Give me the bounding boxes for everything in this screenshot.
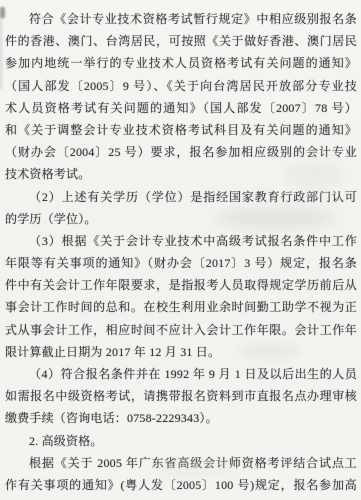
text-line: 缴费手续（咨询电话：0758-2229343）。 <box>5 407 357 429</box>
paragraph: （2）上述有关学历（学位）是指经国家教育行政部门认可 的学历（学位）。 <box>5 186 357 230</box>
text-line: （2）上述有关学历（学位）是指经国家教育行政部门认可 <box>5 186 357 208</box>
text-line: （4）符合报名条件并在 1992 年 9 月 1 日及以后出生的人员 <box>5 363 357 385</box>
text-line: 作有关事项的通知》(粤人发〔2005〕100 号)规定，报名参加高 <box>5 474 357 496</box>
text-line: 和《关于调整会计专业技术资格考试科目及有关问题的通知》 <box>5 119 357 141</box>
text-line: 限计算截止日期为 2017 年 12 月 31 日。 <box>5 341 357 363</box>
text-line: （国人部发〔2005〕9 号）、《关于向台湾居民开放部分专业技 <box>5 75 357 97</box>
scan-edge-streak <box>0 17 2 89</box>
text-line: 技术资格考试。 <box>5 163 357 185</box>
text-line: 如需报名中级资格考试，请携带报名资料到市直报名点办理审核 <box>5 385 357 407</box>
paragraph: （3）根据《关于会计专业技术中高级考试报名条件中工作 年限等有关事项的通知》（财… <box>5 230 357 363</box>
paragraph: 根据《关于 2005 年广东省高级会计师资格考评结合试点工 作有关事项的通知》(… <box>5 452 357 496</box>
paragraph: （4）符合报名条件并在 1992 年 9 月 1 日及以后出生的人员 如需报名中… <box>5 363 357 430</box>
text-line: （3）根据《关于会计专业技术中高级考试报名条件中工作 <box>5 230 357 252</box>
text-line: 术人员资格考试有关问题的通知》（国人部发〔2007〕78 号） <box>5 97 357 119</box>
paragraph: 2. 高级资格。 <box>5 430 357 452</box>
text-line: 的学历（学位）。 <box>5 208 357 230</box>
text-line: 根据《关于 2005 年广东省高级会计师资格考评结合试点工 <box>5 452 357 474</box>
text-line: （财办会〔2004〕25 号）要求，报名参加相应级别的会计专业 <box>5 141 357 163</box>
text-line: 参加内地统一举行的专业技术人员资格考试有关问题的通知》 <box>5 52 357 74</box>
text-line: 式从事会计工作，相应时间不应计入会计工作年限。会计工作年 <box>5 319 357 341</box>
text-line: 事会计工作时间的总和。在校生利用业余时间勤工助学不视为正 <box>5 296 357 318</box>
section-heading: 2. 高级资格。 <box>5 430 357 452</box>
text-line: 件中有关会计工作年限要求，是指报考人员取得规定学历前后从 <box>5 274 357 296</box>
document-page: 符合《会计专业技术资格考试暂行规定》中相应级别报名条 件的香港、澳门、台湾居民，… <box>0 0 361 500</box>
text-line: 符合《会计专业技术资格考试暂行规定》中相应级别报名条 <box>5 8 357 30</box>
text-line: 年限等有关事项的通知》（财办会〔2017〕3 号）规定，报名条 <box>5 252 357 274</box>
paragraph: 符合《会计专业技术资格考试暂行规定》中相应级别报名条 件的香港、澳门、台湾居民，… <box>5 8 357 186</box>
text-line: 件的香港、澳门、台湾居民，可按照《关于做好香港、澳门居民 <box>5 30 357 52</box>
